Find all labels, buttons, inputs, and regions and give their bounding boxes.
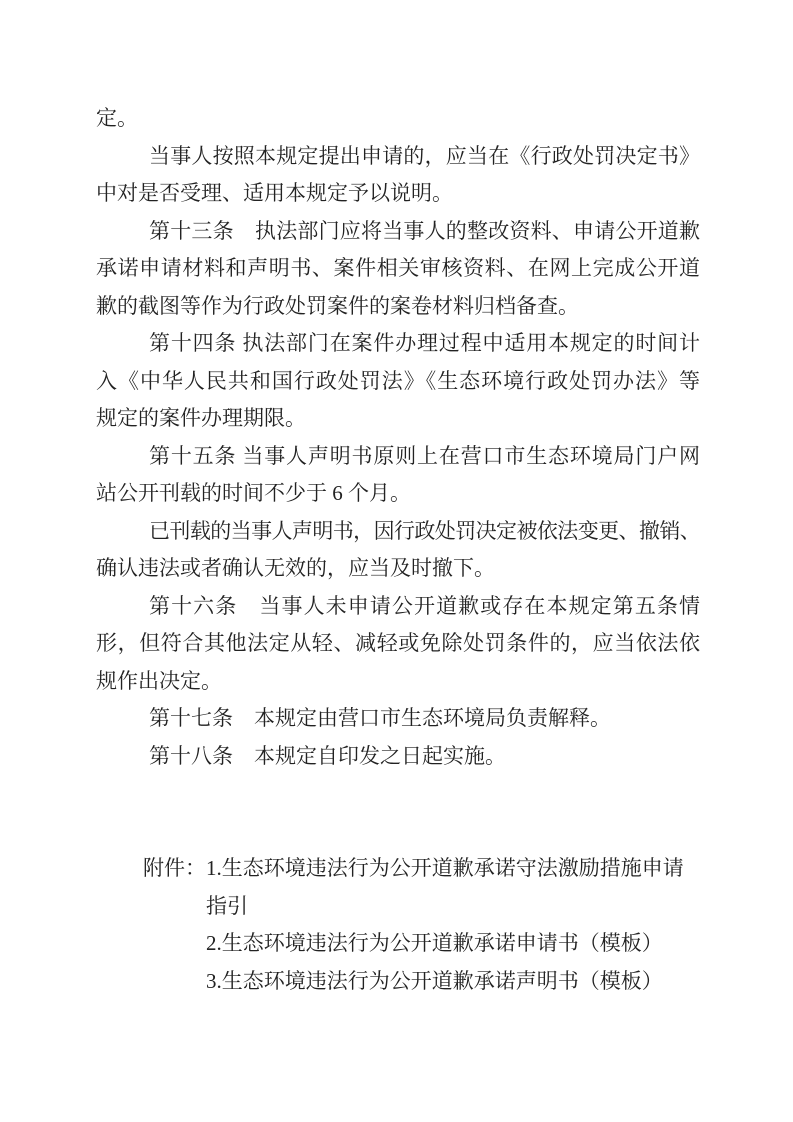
body-line: 中对是否受理、适用本规定予以说明。: [96, 175, 700, 213]
body-line: 第十五条 当事人声明书原则上在营口市生态环境局门户网: [96, 438, 700, 476]
body-line: 第十三条 执法部门应将当事人的整改资料、申请公开道歉: [96, 213, 700, 251]
body-line: 承诺申请材料和声明书、案件相关审核资料、在网上完成公开道: [96, 250, 700, 288]
body-line: 第十八条 本规定自印发之日起实施。: [96, 738, 700, 776]
body-line: 歉的截图等作为行政处罚案件的案卷材料归档备查。: [96, 288, 700, 326]
attachment-label: 附件：: [143, 850, 206, 888]
body-line: 确认违法或者确认无效的，应当及时撤下。: [96, 550, 700, 588]
body-line: 规定的案件办理期限。: [96, 400, 700, 438]
attachment-list: 1.生态环境违法行为公开道歉承诺守法激励措施申请 指引 2.生态环境违法行为公开…: [206, 850, 684, 1000]
document-body: 定。 当事人按照本规定提出申请的，应当在《行政处罚决定书》 中对是否受理、适用本…: [96, 100, 700, 775]
body-line: 入《中华人民共和国行政处罚法》《生态环境行政处罚办法》等: [96, 363, 700, 401]
attachment-line: 指引: [206, 888, 684, 926]
body-line: 已刊载的当事人声明书，因行政处罚决定被依法变更、撤销、: [96, 513, 700, 551]
body-line: 当事人按照本规定提出申请的，应当在《行政处罚决定书》: [96, 138, 700, 176]
body-line: 规作出决定。: [96, 663, 700, 701]
body-line: 第十六条 当事人未申请公开道歉或存在本规定第五条情: [96, 588, 700, 626]
attachment-section: 附件： 1.生态环境违法行为公开道歉承诺守法激励措施申请 指引 2.生态环境违法…: [143, 850, 684, 1000]
body-line: 第十七条 本规定由营口市生态环境局负责解释。: [96, 700, 700, 738]
body-line: 站公开刊载的时间不少于 6 个月。: [96, 475, 700, 513]
body-line: 形，但符合其他法定从轻、减轻或免除处罚条件的，应当依法依: [96, 625, 700, 663]
body-line: 定。: [96, 100, 700, 138]
document-page: 定。 当事人按照本规定提出申请的，应当在《行政处罚决定书》 中对是否受理、适用本…: [0, 0, 793, 1122]
body-line: 第十四条 执法部门在案件办理过程中适用本规定的时间计: [96, 325, 700, 363]
attachment-line: 3.生态环境违法行为公开道歉承诺声明书（模板）: [206, 963, 684, 1001]
attachment-line: 1.生态环境违法行为公开道歉承诺守法激励措施申请: [206, 850, 684, 888]
attachment-line: 2.生态环境违法行为公开道歉承诺申请书（模板）: [206, 925, 684, 963]
